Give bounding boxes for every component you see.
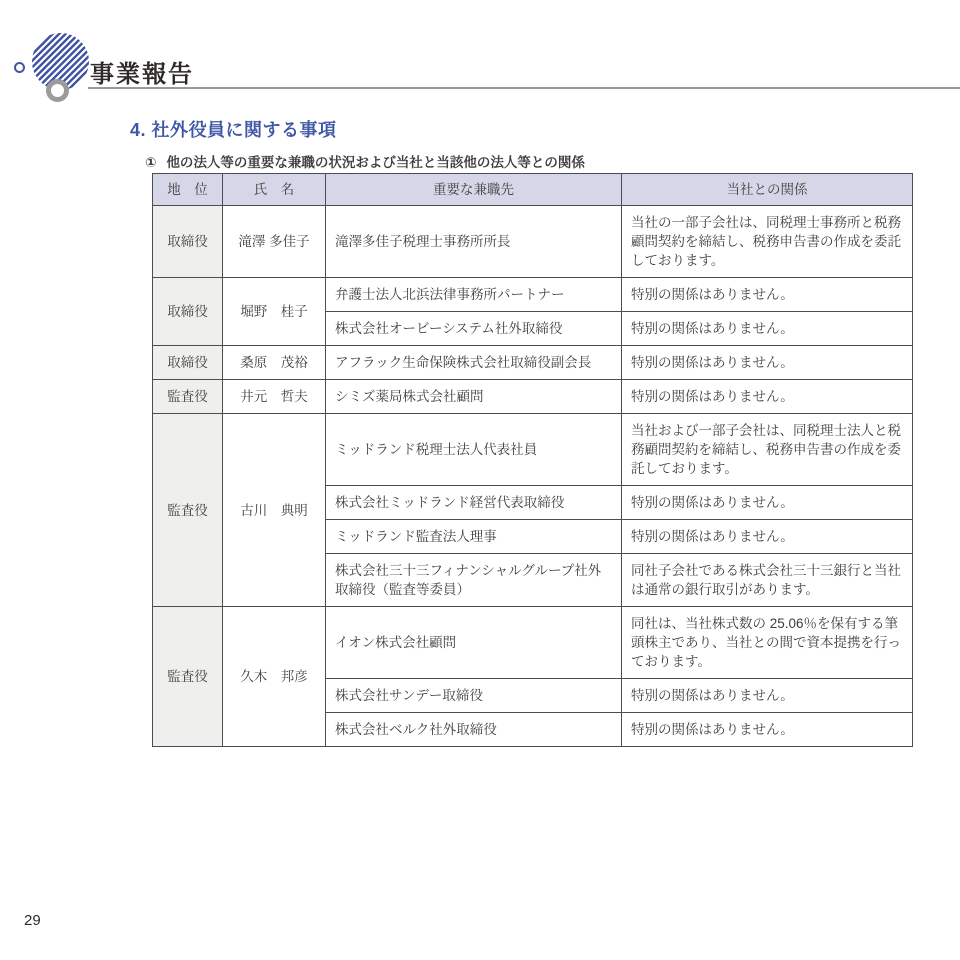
- position-cell: 監査役: [153, 414, 223, 607]
- table-row: 取締役桑原 茂裕アフラック生命保険株式会社取締役副会長特別の関係はありません。: [153, 346, 913, 380]
- position-cell: 取締役: [153, 206, 223, 278]
- relation-cell: 同社子会社である株式会社三十三銀行と当社は通常の銀行取引があります。: [622, 554, 913, 607]
- sub-heading: ①他の法人等の重要な兼職の状況および当社と当該他の法人等との関係: [145, 151, 585, 171]
- position-cell: 監査役: [153, 380, 223, 414]
- post-cell: イオン株式会社顧問: [326, 607, 622, 679]
- logo-small-ring-icon: [14, 62, 25, 73]
- post-cell: 株式会社ミッドランド経営代表取締役: [326, 486, 622, 520]
- position-cell: 監査役: [153, 607, 223, 747]
- post-cell: ミッドランド税理士法人代表社員: [326, 414, 622, 486]
- relation-cell: 特別の関係はありません。: [622, 346, 913, 380]
- name-cell: 桑原 茂裕: [223, 346, 326, 380]
- relation-cell: 特別の関係はありません。: [622, 713, 913, 747]
- column-header-name: 氏 名: [223, 174, 326, 206]
- circled-number-marker: ①: [145, 155, 156, 170]
- post-cell: 株式会社サンデー取締役: [326, 679, 622, 713]
- position-cell: 取締役: [153, 278, 223, 346]
- post-cell: シミズ薬局株式会社顧問: [326, 380, 622, 414]
- table-row: 監査役井元 哲夫シミズ薬局株式会社顧問特別の関係はありません。: [153, 380, 913, 414]
- logo-gray-ring-icon: [46, 79, 69, 102]
- relation-cell: 特別の関係はありません。: [622, 312, 913, 346]
- table-row: 監査役久木 邦彦イオン株式会社顧問同社は、当社株式数の 25.06％を保有する筆…: [153, 607, 913, 679]
- name-cell: 堀野 桂子: [223, 278, 326, 346]
- name-cell: 久木 邦彦: [223, 607, 326, 747]
- relation-cell: 当社および一部子会社は、同税理士法人と税務顧問契約を締結し、税務申告書の作成を委…: [622, 414, 913, 486]
- relation-cell: 特別の関係はありません。: [622, 679, 913, 713]
- position-cell: 取締役: [153, 346, 223, 380]
- name-cell: 井元 哲夫: [223, 380, 326, 414]
- name-cell: 滝澤 多佳子: [223, 206, 326, 278]
- post-cell: 滝澤多佳子税理士事務所所長: [326, 206, 622, 278]
- officers-table-body: 取締役滝澤 多佳子滝澤多佳子税理士事務所所長当社の一部子会社は、同税理士事務所と…: [153, 206, 913, 747]
- column-header-relation: 当社との関係: [622, 174, 913, 206]
- post-cell: 株式会社オービーシステム社外取締役: [326, 312, 622, 346]
- name-cell: 古川 典明: [223, 414, 326, 607]
- section-heading: 4. 社外役員に関する事項: [130, 116, 337, 142]
- page-number: 29: [24, 912, 41, 929]
- post-cell: 弁護士法人北浜法律事務所パートナー: [326, 278, 622, 312]
- officers-table: 地 位 氏 名 重要な兼職先 当社との関係 取締役滝澤 多佳子滝澤多佳子税理士事…: [152, 173, 913, 747]
- relation-cell: 当社の一部子会社は、同税理士事務所と税務顧問契約を締結し、税務申告書の作成を委託…: [622, 206, 913, 278]
- officers-table-header: 地 位 氏 名 重要な兼職先 当社との関係: [153, 174, 913, 206]
- relation-cell: 特別の関係はありません。: [622, 278, 913, 312]
- post-cell: アフラック生命保険株式会社取締役副会長: [326, 346, 622, 380]
- relation-cell: 同社は、当社株式数の 25.06％を保有する筆頭株主であり、当社との間で資本提携…: [622, 607, 913, 679]
- table-row: 取締役堀野 桂子弁護士法人北浜法律事務所パートナー特別の関係はありません。: [153, 278, 913, 312]
- post-cell: ミッドランド監査法人理事: [326, 520, 622, 554]
- document-title: 事業報告: [90, 54, 194, 89]
- post-cell: 株式会社ベルク社外取締役: [326, 713, 622, 747]
- post-cell: 株式会社三十三フィナンシャルグループ社外取締役（監査等委員）: [326, 554, 622, 607]
- header-row: 地 位 氏 名 重要な兼職先 当社との関係: [153, 174, 913, 206]
- sub-heading-text: 他の法人等の重要な兼職の状況および当社と当該他の法人等との関係: [166, 155, 585, 170]
- table-row: 監査役古川 典明ミッドランド税理士法人代表社員当社および一部子会社は、同税理士法…: [153, 414, 913, 486]
- column-header-position: 地 位: [153, 174, 223, 206]
- relation-cell: 特別の関係はありません。: [622, 520, 913, 554]
- relation-cell: 特別の関係はありません。: [622, 486, 913, 520]
- table-row: 取締役滝澤 多佳子滝澤多佳子税理士事務所所長当社の一部子会社は、同税理士事務所と…: [153, 206, 913, 278]
- title-divider: [88, 87, 960, 89]
- relation-cell: 特別の関係はありません。: [622, 380, 913, 414]
- column-header-posts: 重要な兼職先: [326, 174, 622, 206]
